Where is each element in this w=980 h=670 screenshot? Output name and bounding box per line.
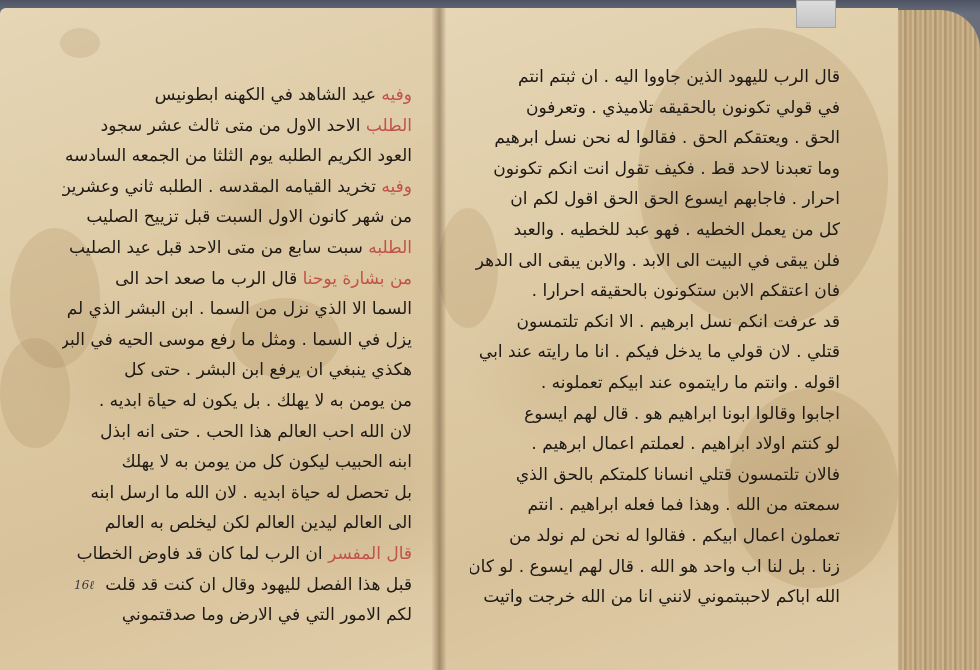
manuscript-line: زنا . بل لنا اب واحد هو الله . قال لهم ا… bbox=[470, 552, 840, 583]
manuscript-line: قال الرب لليهود الذين جاووا اليه . ان ثب… bbox=[470, 62, 840, 93]
manuscript-line: ابنه الحبيب ليكون كل من يومن به لا يهلك bbox=[62, 447, 412, 478]
manuscript-line: قبل هذا الفصل لليهود وقال ان كنت قد قلت bbox=[62, 570, 412, 601]
manuscript-line: الحق . ويعتقكم الحق . فقالوا له نحن نسل … bbox=[470, 123, 840, 154]
manuscript-line: الى العالم ليدين العالم لكن ليخلص به الع… bbox=[62, 508, 412, 539]
manuscript-line: الطلب الاحد الاول من متى ثالث عشر سجود bbox=[62, 111, 412, 142]
line-text: الاحد الاول من متى ثالث عشر سجود bbox=[101, 116, 361, 136]
line-text: بل تحصل له حياة ابديه . لان الله ما ارسل… bbox=[91, 483, 412, 503]
manuscript-line: قال المفسر ان الرب لما كان قد فاوض الخطا… bbox=[62, 539, 412, 570]
manuscript-line: اقوله . وانتم ما رايتموه عند ابيكم تعملو… bbox=[470, 368, 840, 399]
manuscript-line: من بشارة يوحنا قال الرب ما صعد احد الى bbox=[62, 264, 412, 295]
manuscript-line: كل من يعمل الخطيه . فهو عبد للخطيه . وال… bbox=[470, 215, 840, 246]
manuscript-line: قتلي . لان قولي ما يدخل فيكم . انا ما را… bbox=[470, 337, 840, 368]
line-text: لكم الامور التي في الارض وما صدقتموني bbox=[122, 605, 412, 625]
manuscript-line: فالان تلتمسون قتلي انسانا كلمتكم بالحق ا… bbox=[470, 460, 840, 491]
manuscript-line: تعملون اعمال ابيكم . فقالوا له نحن لم نو… bbox=[470, 521, 840, 552]
manuscript-line: فلن يبقى في البيت الى الابد . والابن يبق… bbox=[470, 246, 840, 277]
rubric-text: وفيه bbox=[381, 177, 412, 197]
manuscript-line: هكذي ينبغي ان يرفع ابن البشر . حتى كل bbox=[62, 355, 412, 386]
manuscript-line: يزل في السما . ومثل ما رفع موسى الحيه في… bbox=[62, 325, 412, 356]
manuscript-line: من يومن به لا يهلك . بل يكون له حياة ابد… bbox=[62, 386, 412, 417]
line-text: هكذي ينبغي ان يرفع ابن البشر . حتى كل bbox=[124, 360, 412, 380]
line-text: تخريد القيامه المقدسه . الطلبه ثاني وعشر… bbox=[62, 177, 376, 197]
line-text: من يومن به لا يهلك . بل يكون له حياة ابد… bbox=[99, 391, 412, 411]
line-text: قال الرب ما صعد احد الى bbox=[115, 269, 297, 289]
manuscript-line: سمعته من الله . وهذا فما فعله ابراهيم . … bbox=[470, 490, 840, 521]
manuscript-line: وفيه تخريد القيامه المقدسه . الطلبه ثاني… bbox=[62, 172, 412, 203]
manuscript-line: الله اباكم لاحببتموني لانني انا من الله … bbox=[470, 582, 840, 613]
right-page-text: قال الرب لليهود الذين جاووا اليه . ان ثب… bbox=[470, 62, 840, 613]
rubric-text: وفيه bbox=[381, 85, 412, 105]
page-block-edges bbox=[898, 10, 980, 670]
folio-number: 16ℓ bbox=[74, 578, 94, 593]
manuscript-line: السما الا الذي نزل من السما . ابن البشر … bbox=[62, 294, 412, 325]
manuscript-line: بل تحصل له حياة ابديه . لان الله ما ارسل… bbox=[62, 478, 412, 509]
line-text: سبت سابع من متى الاحد قبل عيد الصليب bbox=[69, 238, 363, 258]
line-text: من شهر كانون الاول السبت قبل تزييح الصلي… bbox=[86, 207, 412, 227]
manuscript-line: وفيه عيد الشاهد في الكهنه ابطونيس bbox=[62, 80, 412, 111]
rubric-text: قال المفسر bbox=[328, 544, 412, 564]
line-text: السما الا الذي نزل من السما . ابن البشر … bbox=[67, 299, 412, 319]
line-text: عيد الشاهد في الكهنه ابطونيس bbox=[155, 85, 376, 105]
manuscript-line: قد عرفت انكم نسل ابرهيم . الا انكم تلتمس… bbox=[470, 307, 840, 338]
line-text: يزل في السما . ومثل ما رفع موسى الحيه في… bbox=[62, 330, 412, 350]
line-text: ان الرب لما كان قد فاوض الخطاب bbox=[77, 544, 323, 564]
water-stain bbox=[60, 28, 100, 58]
line-text: العود الكريم الطلبه يوم الثلثا من الجمعه… bbox=[65, 146, 412, 166]
line-text: لان الله احب العالم هذا الحب . حتى انه ا… bbox=[100, 422, 412, 442]
manuscript-line: العود الكريم الطلبه يوم الثلثا من الجمعه… bbox=[62, 141, 412, 172]
manuscript-line: لكم الامور التي في الارض وما صدقتموني bbox=[62, 600, 412, 631]
manuscript-line: وما تعبدنا لاحد قط . فكيف تقول انت انكم … bbox=[470, 154, 840, 185]
manuscript-line: فان اعتقكم الابن ستكونون بالحقيقه احرارا… bbox=[470, 276, 840, 307]
manuscript-line: لو كنتم اولاد ابراهيم . لعملتم اعمال ابر… bbox=[470, 429, 840, 460]
rubric-text: الطلبه bbox=[368, 238, 412, 258]
book-gutter bbox=[432, 8, 446, 670]
rubric-text: من بشارة يوحنا bbox=[303, 269, 412, 289]
manuscript-line: لان الله احب العالم هذا الحب . حتى انه ا… bbox=[62, 417, 412, 448]
manuscript-line: في قولي تكونون بالحقيقه تلاميذي . وتعرفو… bbox=[470, 93, 840, 124]
water-stain bbox=[0, 338, 70, 448]
manuscript-line: من شهر كانون الاول السبت قبل تزييح الصلي… bbox=[62, 202, 412, 233]
manuscript-line: احرار . فاجابهم ايسوع الحق الحق اقول لكم… bbox=[470, 184, 840, 215]
manuscript-line: الطلبه سبت سابع من متى الاحد قبل عيد الص… bbox=[62, 233, 412, 264]
line-text: الى العالم ليدين العالم لكن ليخلص به الع… bbox=[105, 513, 412, 533]
rubric-text: الطلب bbox=[366, 116, 412, 136]
line-text: قبل هذا الفصل لليهود وقال ان كنت قد قلت bbox=[105, 575, 412, 595]
line-text: ابنه الحبيب ليكون كل من يومن به لا يهلك bbox=[122, 452, 412, 472]
manuscript-line: اجابوا وقالوا ابونا ابراهيم هو . قال لهم… bbox=[470, 399, 840, 430]
bookmark-tab bbox=[796, 0, 836, 28]
left-page-text: وفيه عيد الشاهد في الكهنه ابطونيس الطلب … bbox=[62, 80, 412, 631]
